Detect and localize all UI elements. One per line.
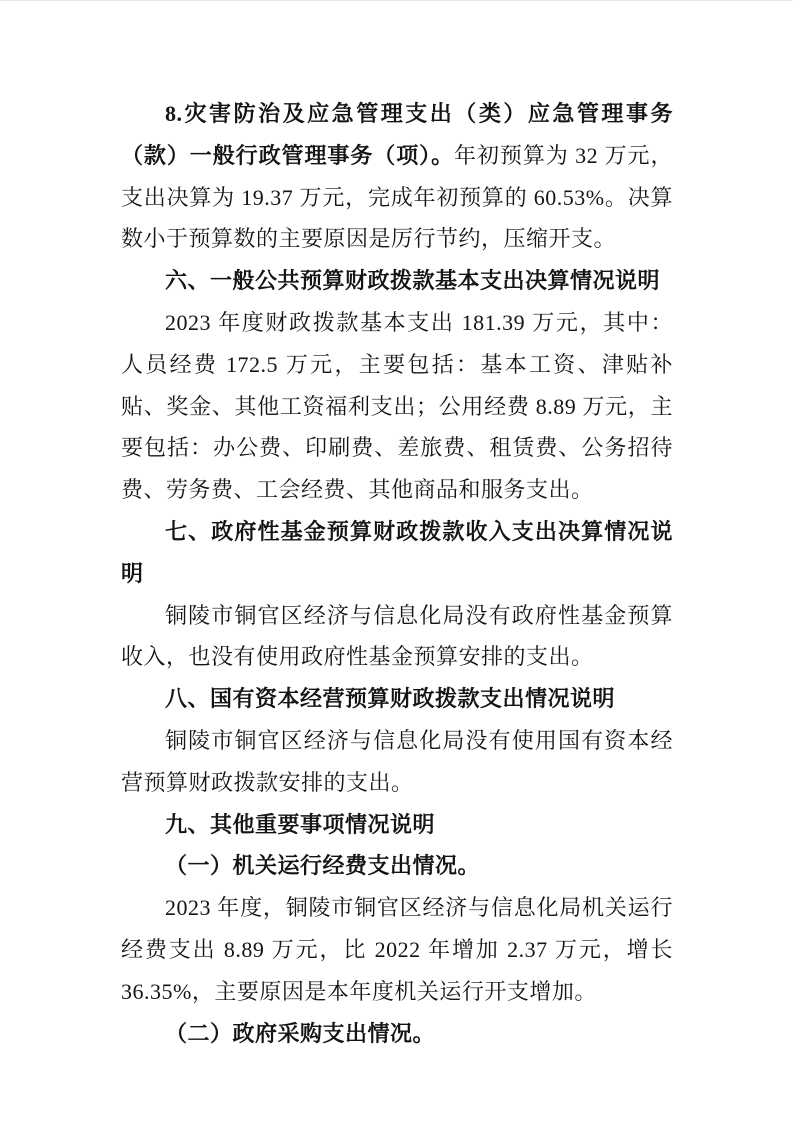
expense-item-8-paragraph: 8.灾害防治及应急管理支出（类）应急管理事务（款）一般行政管理事务（项）。年初预… [121, 93, 673, 260]
section-9-sub-2-heading: （二）政府采购支出情况。 [121, 1013, 673, 1055]
section-7-paragraph: 铜陵市铜官区经济与信息化局没有政府性基金预算收入，也没有使用政府性基金预算安排的… [121, 595, 673, 679]
section-9-heading: 九、其他重要事项情况说明 [121, 804, 673, 846]
section-8-heading: 八、国有资本经营预算财政拨款支出情况说明 [121, 678, 673, 720]
section-7-heading: 七、政府性基金预算财政拨款收入支出决算情况说明 [121, 511, 673, 595]
section-6-heading: 六、一般公共预算财政拨款基本支出决算情况说明 [121, 260, 673, 302]
section-9-sub-1-heading: （一）机关运行经费支出情况。 [121, 845, 673, 887]
section-9-sub-1-paragraph: 2023 年度，铜陵市铜官区经济与信息化局机关运行经费支出 8.89 万元，比 … [121, 887, 673, 1012]
document-body: 8.灾害防治及应急管理支出（类）应急管理事务（款）一般行政管理事务（项）。年初预… [121, 93, 673, 1054]
section-6-paragraph: 2023 年度财政拨款基本支出 181.39 万元，其中：人员经费 172.5 … [121, 302, 673, 511]
section-8-paragraph: 铜陵市铜官区经济与信息化局没有使用国有资本经营预算财政拨款安排的支出。 [121, 720, 673, 804]
document-page: 8.灾害防治及应急管理支出（类）应急管理事务（款）一般行政管理事务（项）。年初预… [0, 0, 793, 1122]
